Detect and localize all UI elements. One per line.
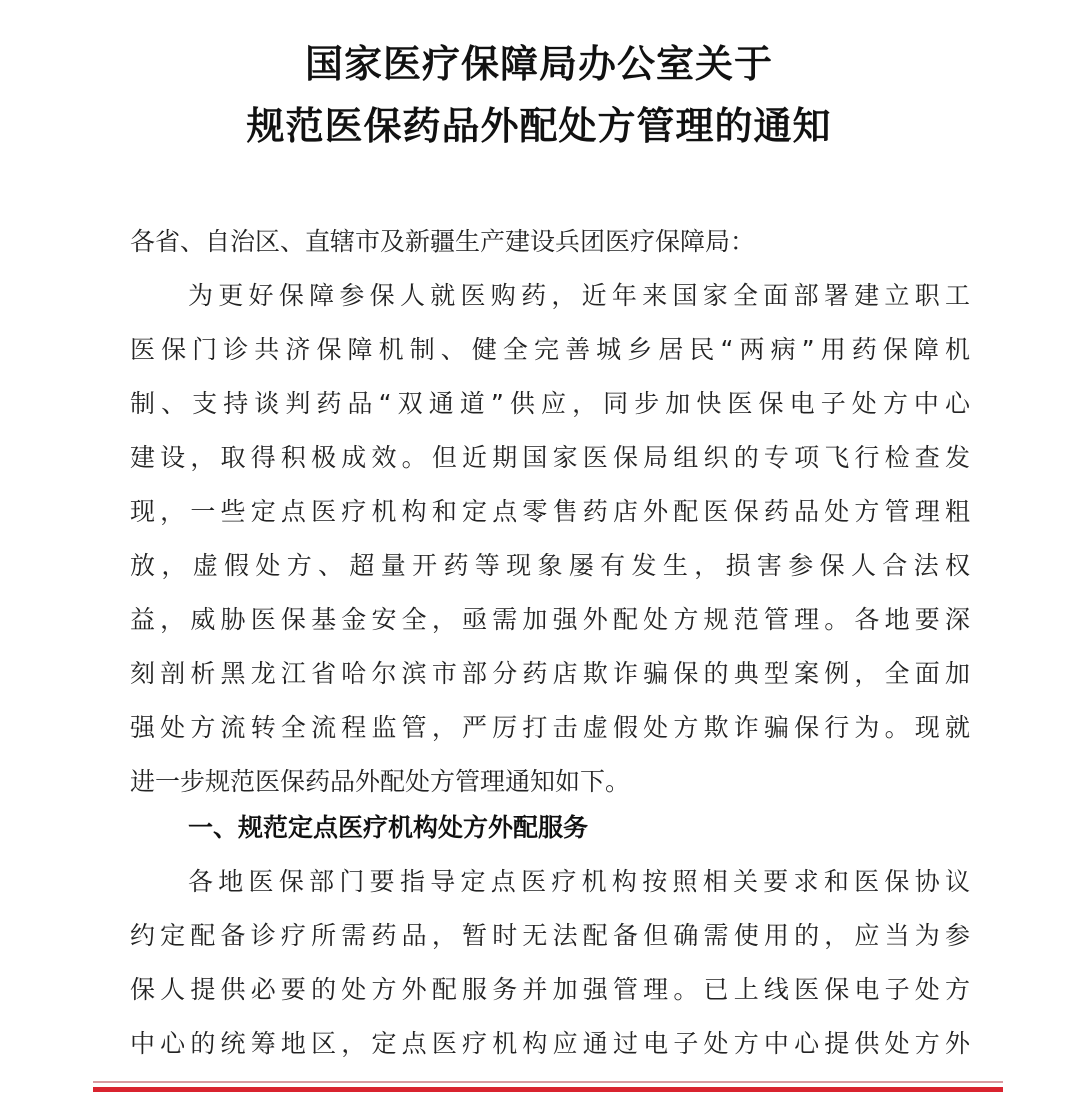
paragraph-line: 医保门诊共济保障机制、健全完善城乡居民“两病”用药保障机 [130,330,970,366]
section-1-heading: 一、规范定点医疗机构处方外配服务 [188,808,588,844]
paragraph-line: 中心的统筹地区，定点医疗机构应通过电子处方中心提供处方外 [130,1024,970,1060]
paragraph-line: 益，威胁医保基金安全，亟需加强外配处方规范管理。各地要深 [130,600,970,636]
document-title-line-2: 规范医保药品外配处方管理的通知 [0,95,1078,150]
footer-rule-thin [93,1081,1003,1083]
paragraph-line: 各地医保部门要指导定点医疗机构按照相关要求和医保协议 [188,862,970,898]
salutation: 各省、自治区、直辖市及新疆生产建设兵团医疗保障局： [130,222,970,258]
paragraph-line: 建设，取得积极成效。但近期国家医保局组织的专项飞行检查发 [130,438,970,474]
paragraph-line: 现，一些定点医疗机构和定点零售药店外配医保药品处方管理粗 [130,492,970,528]
paragraph-line: 强处方流转全流程监管，严厉打击虚假处方欺诈骗保行为。现就 [130,708,970,744]
paragraph-line: 约定配备诊疗所需药品，暂时无法配备但确需使用的，应当为参 [130,916,970,952]
paragraph-line: 制、支持谈判药品“双通道”供应，同步加快医保电子处方中心 [130,384,970,420]
footer-rule-thick [93,1087,1003,1092]
paragraph-line: 刻剖析黑龙江省哈尔滨市部分药店欺诈骗保的典型案例，全面加 [130,654,970,690]
paragraph-line: 放，虚假处方、超量开药等现象屡有发生，损害参保人合法权 [130,546,970,582]
document-title-line-1: 国家医疗保障局办公室关于 [0,33,1078,88]
paragraph-line: 保人提供必要的处方外配服务并加强管理。已上线医保电子处方 [130,970,970,1006]
paragraph-line: 为更好保障参保人就医购药，近年来国家全面部署建立职工 [188,276,970,312]
paragraph-line: 进一步规范医保药品外配处方管理通知如下。 [130,762,970,798]
